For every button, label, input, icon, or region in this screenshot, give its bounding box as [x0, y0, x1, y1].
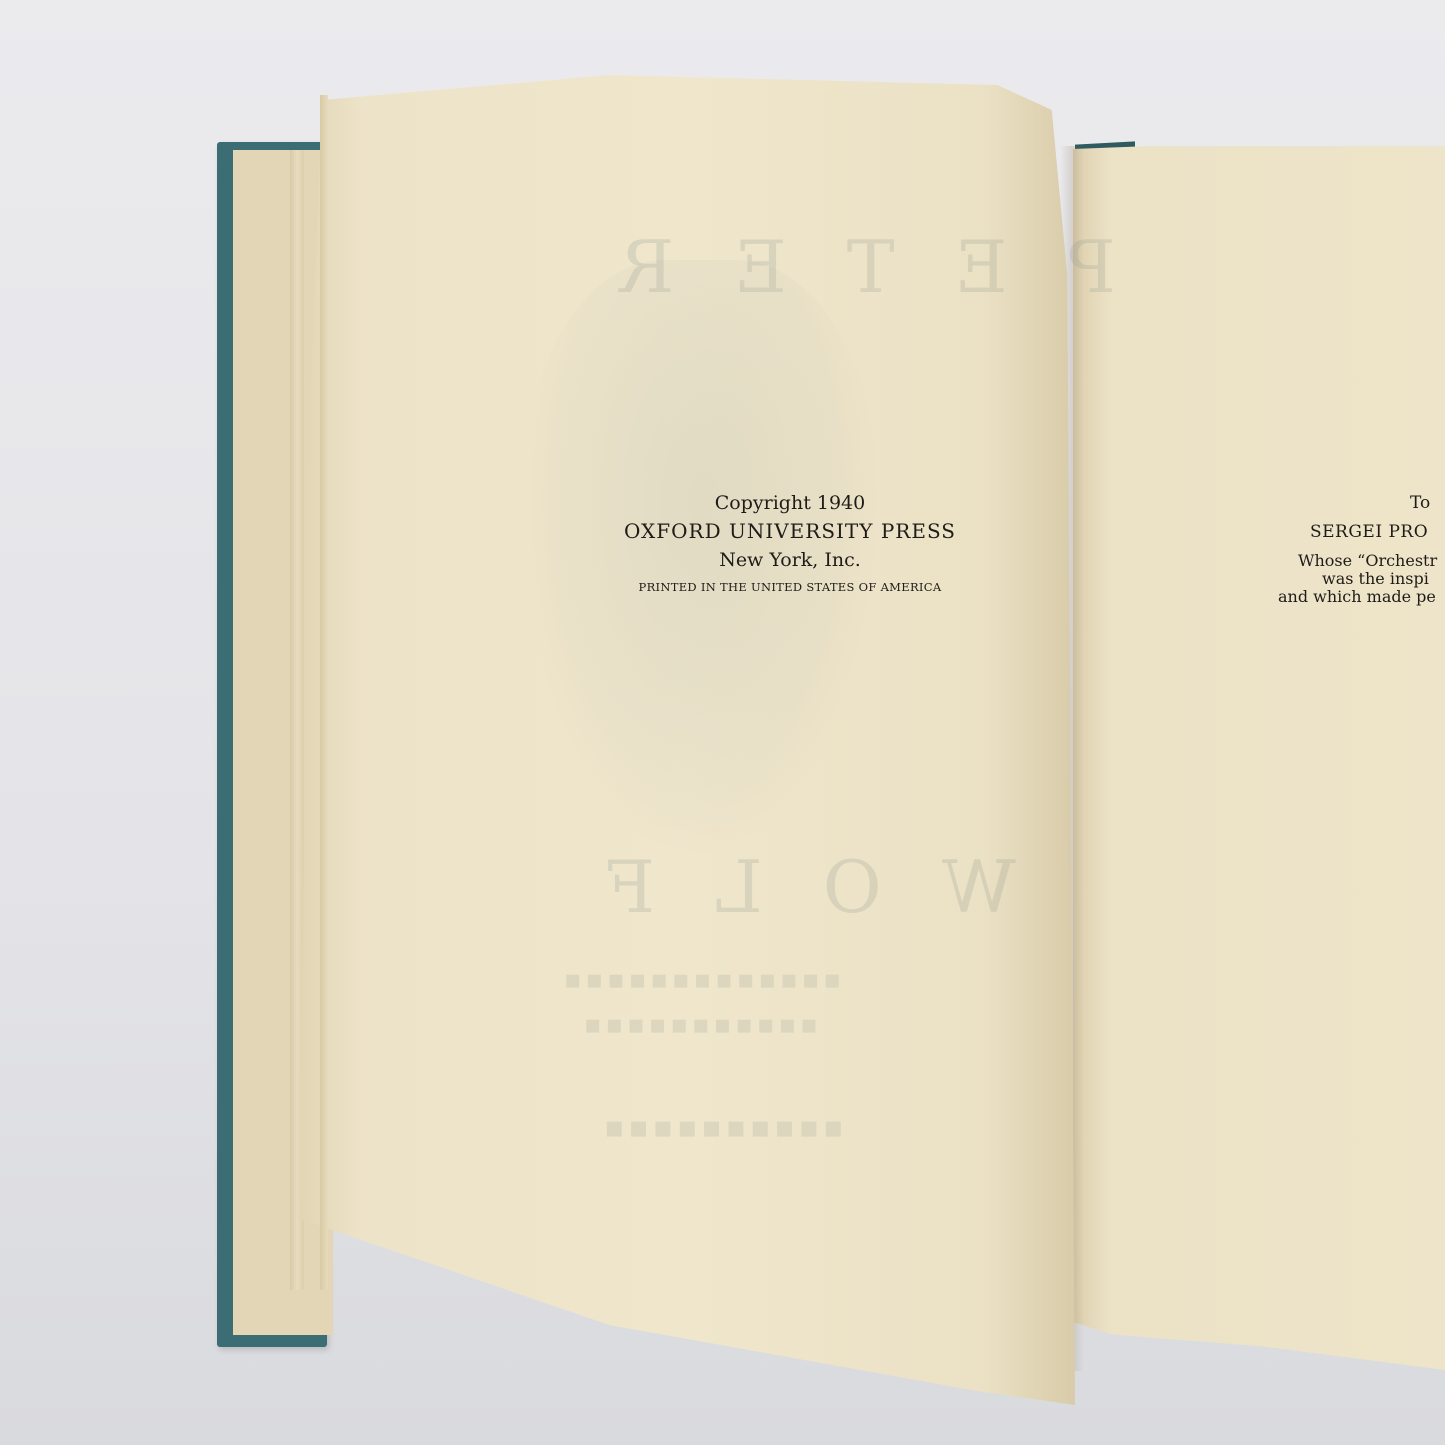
dedication-name: SERGEI PRO — [1240, 516, 1445, 548]
show-through-title-top: PETER — [560, 225, 1116, 309]
show-through-title-bottom: WOLF — [545, 845, 1016, 929]
publisher-location: New York, Inc. — [600, 546, 980, 574]
right-page — [1073, 146, 1445, 1371]
dedication-line: Whose “Orchestr — [1240, 552, 1445, 570]
dedication-line: was the inspi — [1240, 570, 1445, 588]
copyright-year: Copyright 1940 — [600, 490, 980, 516]
show-through-line: ▪▪▪▪▪▪▪▪▪▪▪▪▪ — [560, 965, 841, 995]
dedication-line: and which made pe — [1240, 588, 1445, 606]
show-through-line: ▪▪▪▪▪▪▪▪▪▪▪ — [580, 1010, 818, 1040]
book-photo: PETER WOLF ▪▪▪▪▪▪▪▪▪▪▪▪▪ ▪▪▪▪▪▪▪▪▪▪▪ ▪▪▪… — [0, 0, 1445, 1445]
copyright-block: Copyright 1940 OXFORD UNIVERSITY PRESS N… — [600, 490, 980, 598]
show-through-line: ▪▪▪▪▪▪▪▪▪▪ — [600, 1110, 843, 1145]
dedication-to: To — [1240, 490, 1445, 516]
page-stack-edge — [320, 95, 328, 1290]
printed-in-line: PRINTED IN THE UNITED STATES OF AMERICA — [600, 576, 980, 598]
dedication-block: To SERGEI PRO Whose “Orchestr was the in… — [1240, 490, 1445, 606]
publisher-name: OXFORD UNIVERSITY PRESS — [600, 516, 980, 546]
